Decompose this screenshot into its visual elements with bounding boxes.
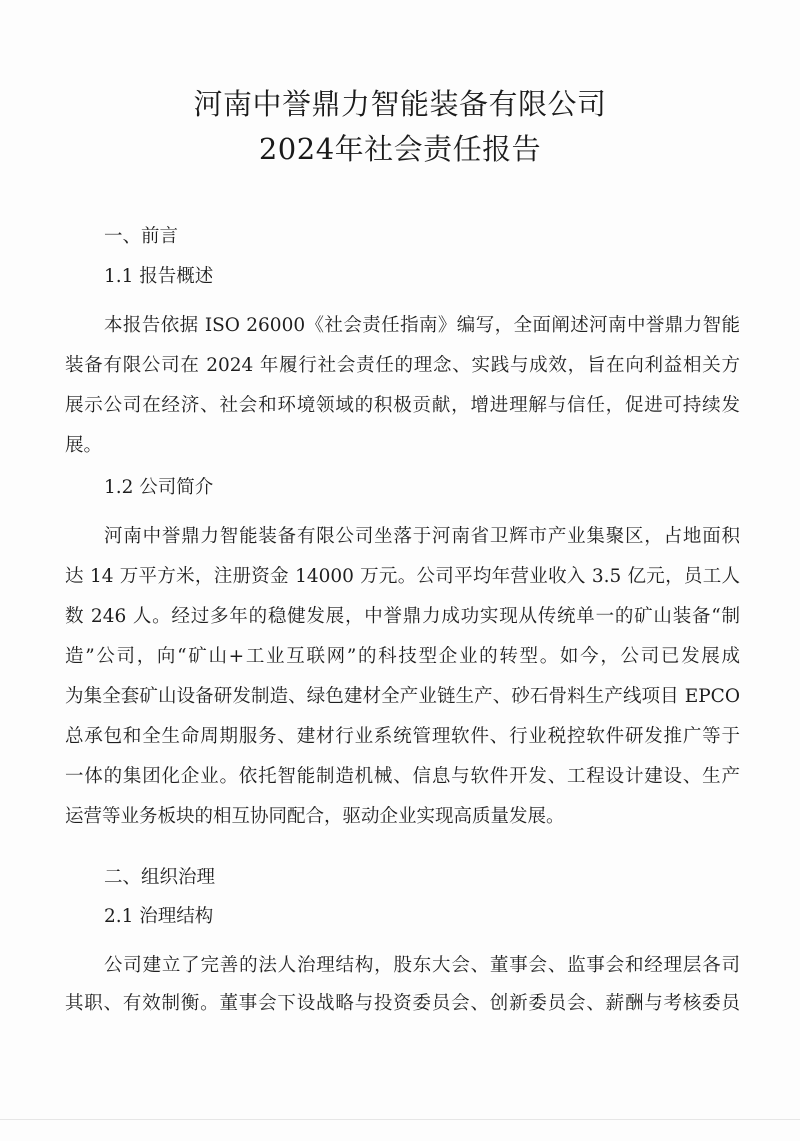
paragraph-line: 河南中誉鼎力智能装备有限公司坐落于河南省卫辉市产业集聚区，占地面积: [104, 525, 740, 549]
paragraph-line: 数 246 人。经过多年的稳健发展，中誉鼎力成功实现从传统单一的矿山装备“制: [65, 605, 740, 629]
paragraph-line: 运营等业务板块的相互协同配合，驱动企业实现高质量发展。: [65, 805, 740, 829]
paragraph-line: 总承包和全生命周期服务、建材行业系统管理软件、行业税控软件研发推广等于: [65, 725, 740, 749]
section-heading-governance: 二、组织治理: [104, 866, 215, 890]
subsection-heading-company-profile: 1.2 公司简介: [104, 476, 213, 500]
report-title-company: 河南中誉鼎力智能装备有限公司: [0, 86, 800, 122]
paragraph-line: 造”公司，向“矿山+工业互联网”的科技型企业的转型。如今，公司已发展成: [65, 645, 740, 669]
paragraph-line: 本报告依据 ISO 26000《社会责任指南》编写，全面阐述河南中誉鼎力智能: [104, 314, 740, 338]
paragraph-line: 达 14 万平方米，注册资金 14000 万元。公司平均年营业收入 3.5 亿元…: [65, 565, 740, 589]
paragraph-line: 展示公司在经济、社会和环境领域的积极贡献，增进理解与信任，促进可持续发: [65, 394, 740, 418]
paragraph-line: 公司建立了完善的法人治理结构，股东大会、董事会、监事会和经理层各司: [104, 954, 740, 978]
paragraph-line: 其职、有效制衡。董事会下设战略与投资委员会、创新委员会、薪酬与考核委员: [65, 992, 740, 1016]
paragraph-line: 展。: [65, 434, 740, 458]
paragraph-line: 一体的集团化企业。依托智能制造机械、信息与软件开发、工程设计建设、生产: [65, 765, 740, 789]
document-page: 河南中誉鼎力智能装备有限公司 2024年社会责任报告 一、前言 1.1 报告概述…: [0, 0, 800, 1141]
scan-edge-line: [0, 1119, 800, 1120]
section-heading-preface: 一、前言: [104, 225, 178, 249]
subsection-heading-report-overview: 1.1 报告概述: [104, 265, 213, 289]
paragraph-line: 为集全套矿山设备研发制造、绿色建材全产业链生产、砂石骨料生产线项目 EPCO: [65, 685, 740, 709]
paragraph-line: 装备有限公司在 2024 年履行社会责任的理念、实践与成效，旨在向利益相关方: [65, 354, 740, 378]
subsection-heading-governance-structure: 2.1 治理结构: [104, 905, 213, 929]
report-title-year: 2024年社会责任报告: [0, 131, 800, 167]
